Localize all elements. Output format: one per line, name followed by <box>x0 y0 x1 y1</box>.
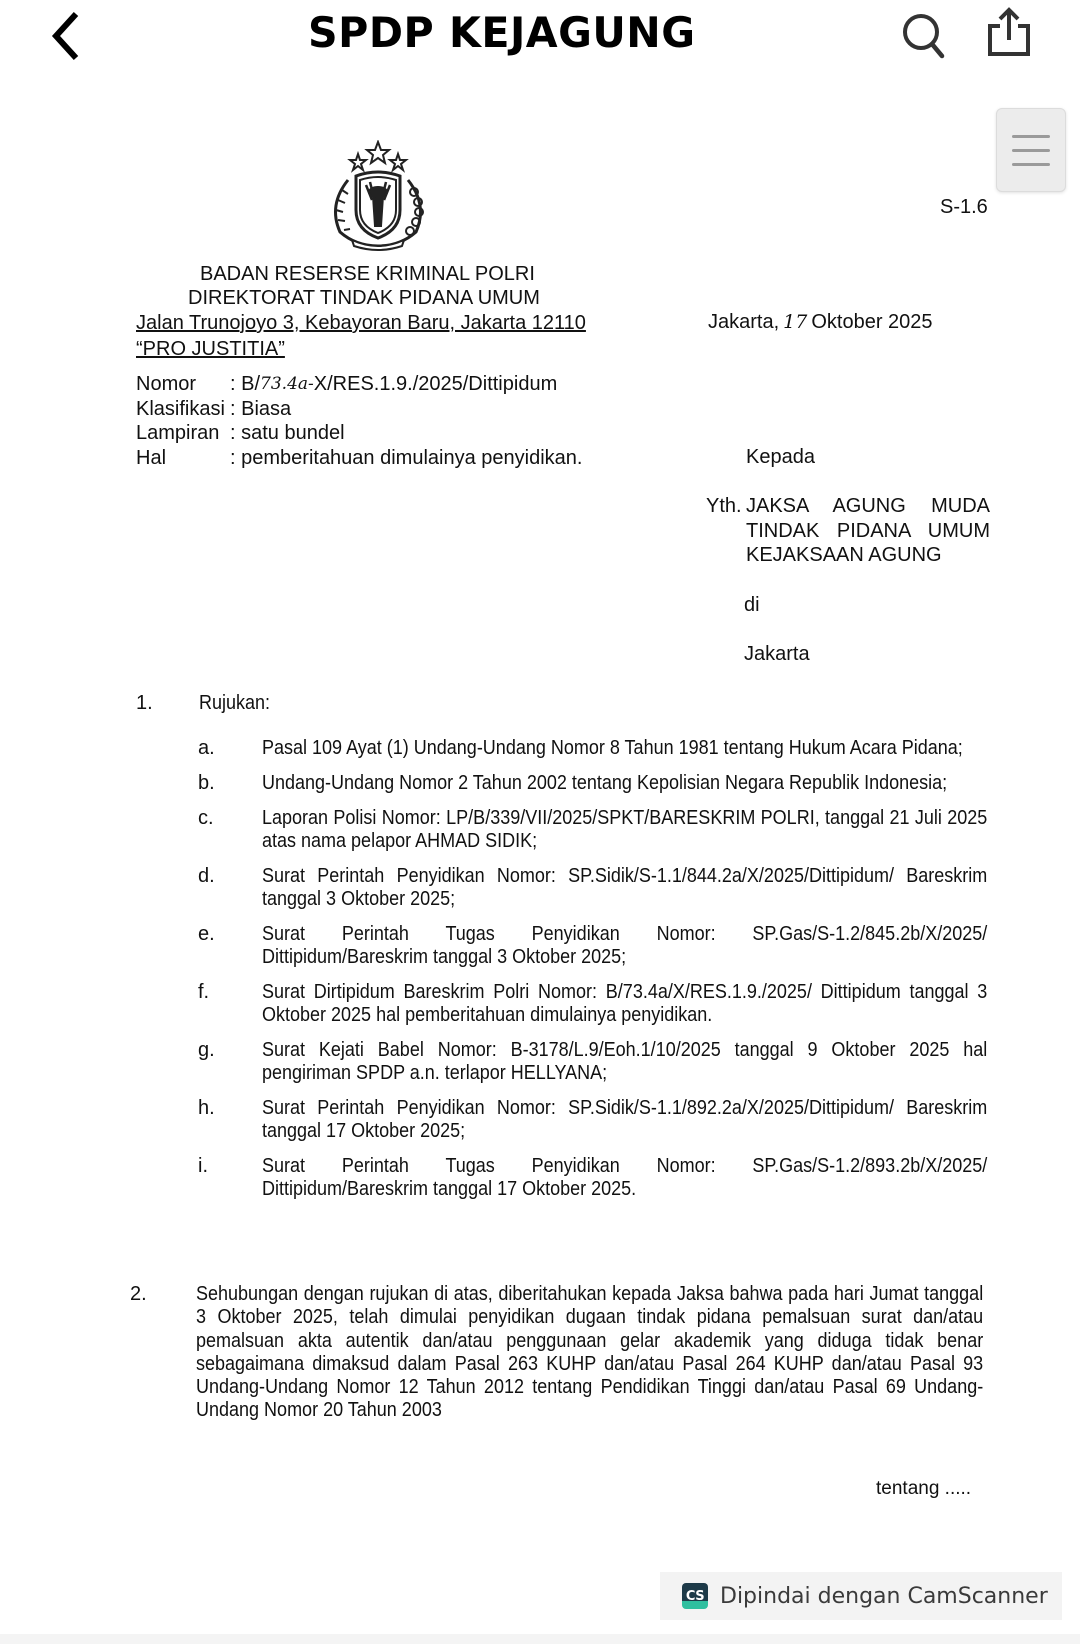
app-bar: SPDP KEJAGUNG <box>0 0 1080 70</box>
bottom-edge <box>0 1634 1080 1644</box>
form-code: S-1.6 <box>940 196 988 219</box>
header-directorate: DIREKTORAT TINDAK PIDANA UMUM <box>188 286 540 310</box>
header-address: Jalan Trunojoyo 3, Kebayoran Baru, Jakar… <box>136 311 586 335</box>
letter-date: Jakarta,17Oktober 2025 <box>708 311 933 334</box>
reference-item: i.Surat Perintah Tugas Penyidikan Nomor:… <box>198 1155 988 1201</box>
recipient-di: di <box>744 594 760 617</box>
header-institution: BADAN RESERSE KRIMINAL POLRI <box>200 262 535 286</box>
meta-row-nomor: Nomor : B/73.4a-X/RES.1.9./2025/Dittipid… <box>136 372 582 397</box>
recipient-heading: Kepada <box>746 446 815 469</box>
section-2-number: 2. <box>130 1283 147 1306</box>
reference-text: Surat Perintah Tugas Penyidikan Nomor: S… <box>262 1155 987 1201</box>
section-1-number: 1. <box>136 692 153 715</box>
reference-item: b.Undang-Undang Nomor 2 Tahun 2002 tenta… <box>198 772 988 795</box>
reference-text: Surat Kejati Babel Nomor: B-3178/L.9/Eoh… <box>262 1039 987 1085</box>
reference-letter: a. <box>198 737 215 760</box>
header-motto: “PRO JUSTITIA” <box>136 337 285 361</box>
reference-item: e.Surat Perintah Tugas Penyidikan Nomor:… <box>198 923 988 969</box>
reference-text: Pasal 109 Ayat (1) Undang-Undang Nomor 8… <box>262 737 987 760</box>
reference-text: Laporan Polisi Nomor: LP/B/339/VII/2025/… <box>262 807 987 853</box>
reference-letter: f. <box>198 981 209 1004</box>
camscanner-text: Dipindai dengan CamScanner <box>720 1584 1048 1609</box>
reference-list: a.Pasal 109 Ayat (1) Undang-Undang Nomor… <box>198 737 988 1213</box>
reference-text: Surat Perintah Tugas Penyidikan Nomor: S… <box>262 923 987 969</box>
continuation-text: tentang ..... <box>876 1478 971 1500</box>
reference-letter: g. <box>198 1039 215 1062</box>
meta-row-klasifikasi: Klasifikasi : Biasa <box>136 397 582 422</box>
police-crest-icon <box>318 140 438 252</box>
reference-letter: e. <box>198 923 215 946</box>
reference-letter: c. <box>198 807 214 830</box>
reference-item: h.Surat Perintah Penyidikan Nomor: SP.Si… <box>198 1097 988 1143</box>
reference-text: Surat Perintah Penyidikan Nomor: SP.Sidi… <box>262 1097 987 1143</box>
reference-item: d.Surat Perintah Penyidikan Nomor: SP.Si… <box>198 865 988 911</box>
reference-item: a.Pasal 109 Ayat (1) Undang-Undang Nomor… <box>198 737 988 760</box>
meta-row-lampiran: Lampiran : satu bundel <box>136 421 582 446</box>
section-2-paragraph: Sehubungan dengan rujukan di atas, diber… <box>196 1283 984 1423</box>
reference-text: Surat Dirtipidum Bareskrim Polri Nomor: … <box>262 981 987 1027</box>
meta-row-hal: Hal : pemberitahuan dimulainya penyidika… <box>136 446 582 471</box>
search-button[interactable] <box>900 12 950 60</box>
letter-meta: Nomor : B/73.4a-X/RES.1.9./2025/Dittipid… <box>136 372 582 470</box>
reference-letter: i. <box>198 1155 208 1178</box>
share-icon <box>986 6 1034 58</box>
search-icon <box>900 12 950 60</box>
hamburger-menu-icon <box>1012 135 1050 138</box>
handwritten-day: 17 <box>783 311 807 333</box>
reference-letter: h. <box>198 1097 215 1120</box>
reference-letter: b. <box>198 772 215 795</box>
reference-text: Surat Perintah Penyidikan Nomor: SP.Sidi… <box>262 865 987 911</box>
reference-letter: d. <box>198 865 215 888</box>
reference-item: c.Laporan Polisi Nomor: LP/B/339/VII/202… <box>198 807 988 853</box>
handwritten-number: 73.4a- <box>260 372 314 397</box>
reference-item: f.Surat Dirtipidum Bareskrim Polri Nomor… <box>198 981 988 1027</box>
section-1-label: Rujukan: <box>199 692 270 715</box>
reference-item: g.Surat Kejati Babel Nomor: B-3178/L.9/E… <box>198 1039 988 1085</box>
reference-text: Undang-Undang Nomor 2 Tahun 2002 tentang… <box>262 772 987 795</box>
camscanner-logo-icon: CS <box>682 1583 708 1609</box>
recipient-city: Jakarta <box>744 643 810 666</box>
camscanner-watermark: CS Dipindai dengan CamScanner <box>660 1572 1062 1620</box>
document-menu-button[interactable] <box>996 108 1066 192</box>
share-button[interactable] <box>986 6 1034 58</box>
